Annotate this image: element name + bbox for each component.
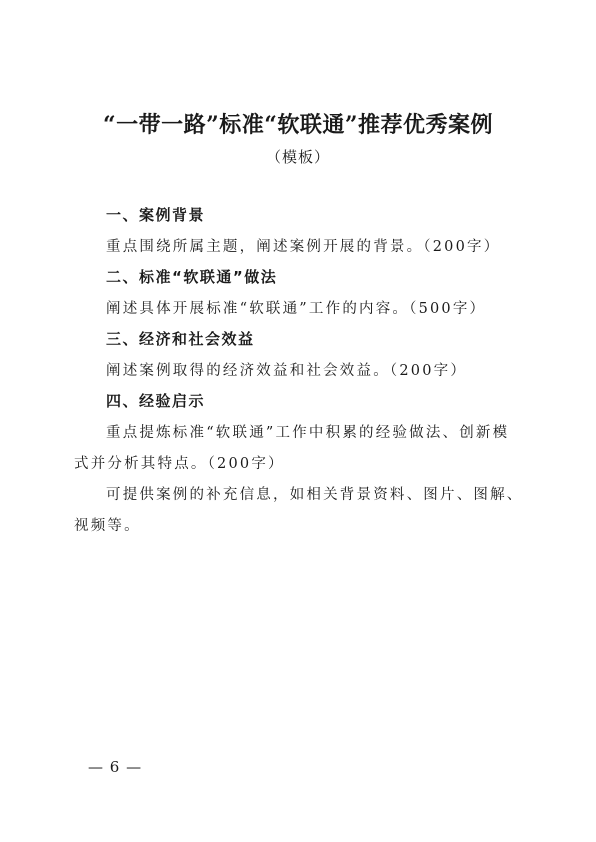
section-body-insights-line1: 重点提炼标准“软联通”工作中积累的经验做法、创新模	[106, 421, 509, 442]
document-subtitle: （模板）	[0, 146, 596, 167]
section-body-background: 重点围绕所属主题，阐述案例开展的背景。（200字）	[106, 235, 500, 256]
section-body-practice: 阐述具体开展标准“软联通”工作的内容。（500字）	[106, 297, 486, 318]
section-heading-insights: 四、经验启示	[106, 390, 205, 411]
section-heading-benefits: 三、经济和社会效益	[106, 328, 255, 349]
note-line1: 可提供案例的补充信息，如相关背景资料、图片、图解、	[106, 483, 524, 504]
note-line2: 视频等。	[74, 514, 141, 535]
section-heading-background: 一、案例背景	[106, 204, 205, 225]
section-body-benefits: 阐述案例取得的经济效益和社会效益。（200字）	[106, 359, 467, 380]
section-body-insights-line2: 式并分析其特点。（200字）	[74, 452, 285, 473]
section-heading-practice: 二、标准“软联通”做法	[106, 266, 277, 287]
page-number: — 6 —	[88, 758, 142, 776]
document-title: “一带一路”标准“软联通”推荐优秀案例	[0, 108, 596, 139]
